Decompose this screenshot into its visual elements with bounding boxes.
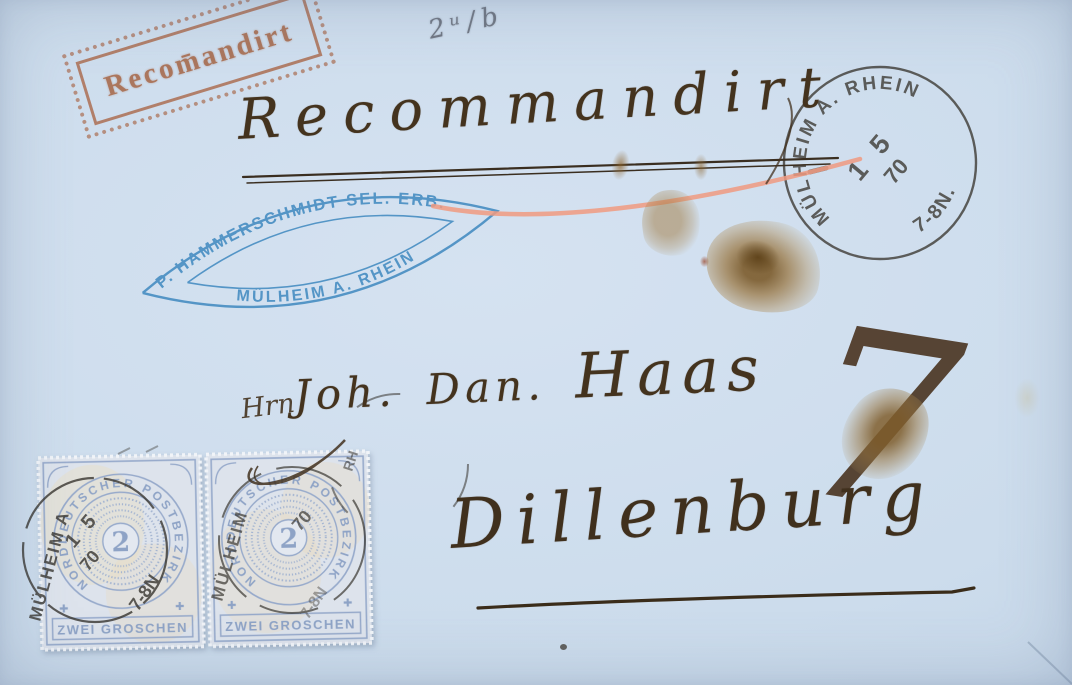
addressee-given-name: Joh. <box>293 367 398 420</box>
paper-crease <box>1028 642 1072 684</box>
addressee-middle-name: Dan. <box>425 360 546 414</box>
cancel-town-text: MÜLHEIM <box>208 508 252 603</box>
cancel-time: 7-8N <box>125 571 164 614</box>
destination-underline <box>478 588 974 608</box>
sender-cachet: P. HAMMERSCHMIDT SEL. ERB. MÜLHEIM A. RH… <box>130 157 508 339</box>
addressee-surname: Haas <box>573 331 768 412</box>
cachet-top-textpath: P. HAMMERSCHMIDT SEL. ERB. <box>143 168 454 294</box>
addressee-salutation: Hrn <box>239 388 296 425</box>
cancel-right-stamp: MÜLHEIM 70 7-8N <box>208 467 365 622</box>
cachet-bottom-textpath: MÜLHEIM A. RHEIN <box>232 246 422 320</box>
postal-cover: 2 NORDDEUTSCHER POSTBEZIRK ZWEI GROSCHEN… <box>0 0 1072 685</box>
cancel-time: 7-8N <box>297 584 331 622</box>
cancel-year: 70 <box>76 546 104 574</box>
endorsement-underline <box>243 158 838 183</box>
cancel-fragment: RH <box>340 449 361 473</box>
cds-time-textpath: 7-8N. <box>905 177 964 241</box>
cds-time: 7-8N. <box>905 177 964 241</box>
flourish-loop <box>254 462 320 484</box>
cachet-bottom-text: MÜLHEIM A. RHEIN <box>232 246 422 320</box>
cancel-trace <box>118 446 158 454</box>
cachet-top-text: P. HAMMERSCHMIDT SEL. ERB. <box>143 168 454 294</box>
cancel-left-stamp: MÜLHEIM A 1 5 70 7-8N <box>23 446 167 623</box>
cancel-year: 70 <box>288 506 316 534</box>
